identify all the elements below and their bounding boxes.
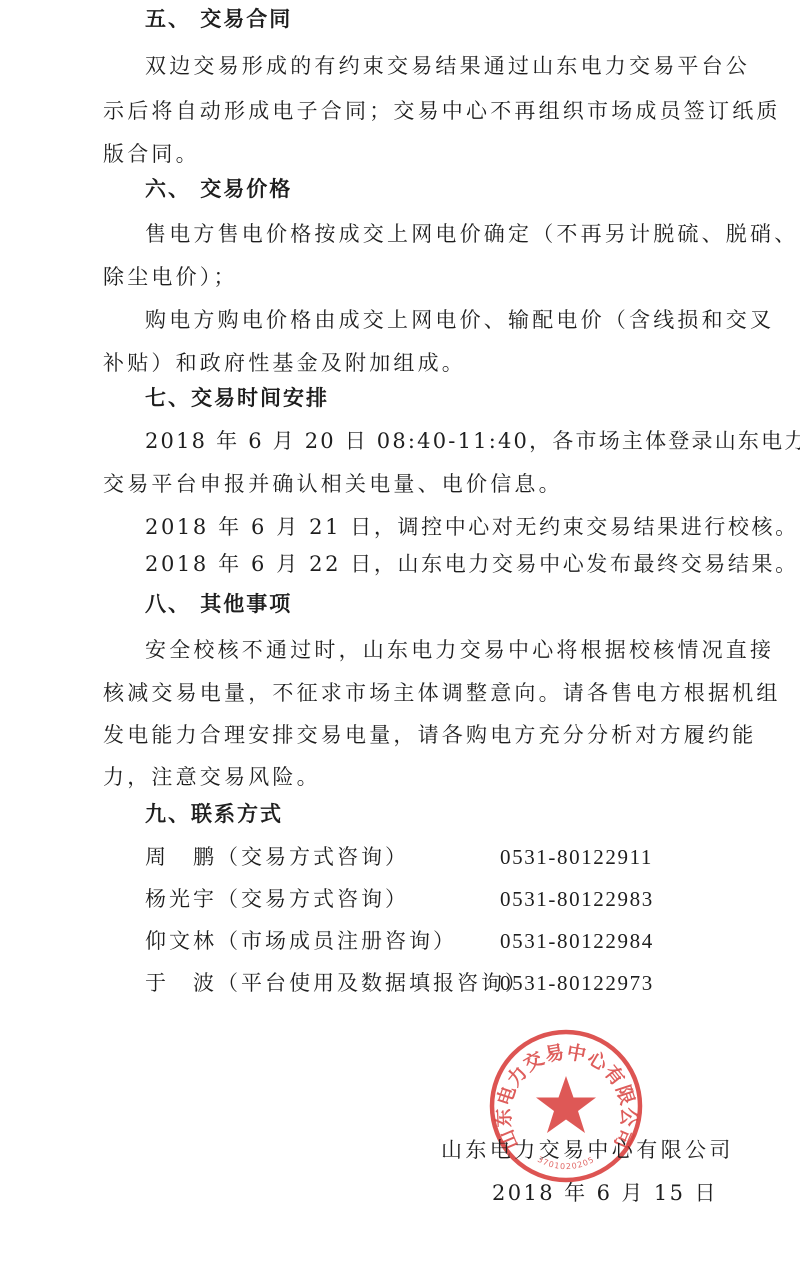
document-page: 五、 交易合同 双边交易形成的有约束交易结果通过山东电力交易平台公 示后将自动形… [0, 0, 800, 1276]
contact-name: 杨光宇（交易方式咨询） [145, 885, 409, 913]
section-heading-schedule: 七、交易时间安排 [145, 384, 329, 412]
paragraph-line: 力，注意交易风险。 [103, 763, 321, 791]
contact-phone: 0531-80122911 [500, 843, 653, 871]
signature-organization: 山东电力交易中心有限公司 [441, 1136, 734, 1164]
paragraph-line: 版合同。 [103, 140, 200, 168]
contact-phone: 0531-80122973 [500, 969, 654, 997]
paragraph-line: 购电方购电价格由成交上网电价、输配电价（含线损和交叉 [145, 306, 774, 334]
signature-date: 2018 年 6 月 15 日 [492, 1179, 718, 1207]
section-heading-price: 六、 交易价格 [145, 175, 292, 203]
paragraph-line: 示后将自动形成电子合同；交易中心不再组织市场成员签订纸质 [103, 97, 781, 125]
paragraph-line: 交易平台申报并确认相关电量、电价信息。 [103, 470, 563, 498]
contact-name: 仰文林（市场成员注册咨询） [145, 927, 457, 955]
paragraph-line: 2018 年 6 月 21 日，调控中心对无约束交易结果进行校核。 [145, 513, 799, 541]
paragraph-line: 核减交易电量，不征求市场主体调整意向。请各售电方根据机组 [103, 679, 781, 707]
paragraph-line: 发电能力合理安排交易电量，请各购电方充分分析对方履约能 [103, 721, 756, 749]
section-heading-contact: 九、联系方式 [145, 800, 283, 828]
paragraph-line: 补贴）和政府性基金及附加组成。 [103, 349, 466, 377]
paragraph-line: 2018 年 6 月 20 日 08:40-11:40，各市场主体登录山东电力 [145, 427, 800, 455]
paragraph-line: 2018 年 6 月 22 日，山东电力交易中心发布最终交易结果。 [145, 550, 799, 578]
contact-name: 于 波（平台使用及数据填报咨询） [145, 969, 529, 997]
section-heading-contract: 五、 交易合同 [145, 5, 292, 33]
paragraph-line: 售电方售电价格按成交上网电价确定（不再另计脱硫、脱硝、 [145, 220, 798, 248]
paragraph-line: 双边交易形成的有约束交易结果通过山东电力交易平台公 [145, 52, 750, 80]
paragraph-line: 除尘电价）； [103, 263, 238, 291]
contact-name: 周 鹏（交易方式咨询） [145, 843, 409, 871]
contact-phone: 0531-80122983 [500, 885, 654, 913]
section-heading-other: 八、 其他事项 [145, 590, 292, 618]
paragraph-line: 安全校核不通过时，山东电力交易中心将根据校核情况直接 [145, 636, 774, 664]
contact-phone: 0531-80122984 [500, 927, 654, 955]
